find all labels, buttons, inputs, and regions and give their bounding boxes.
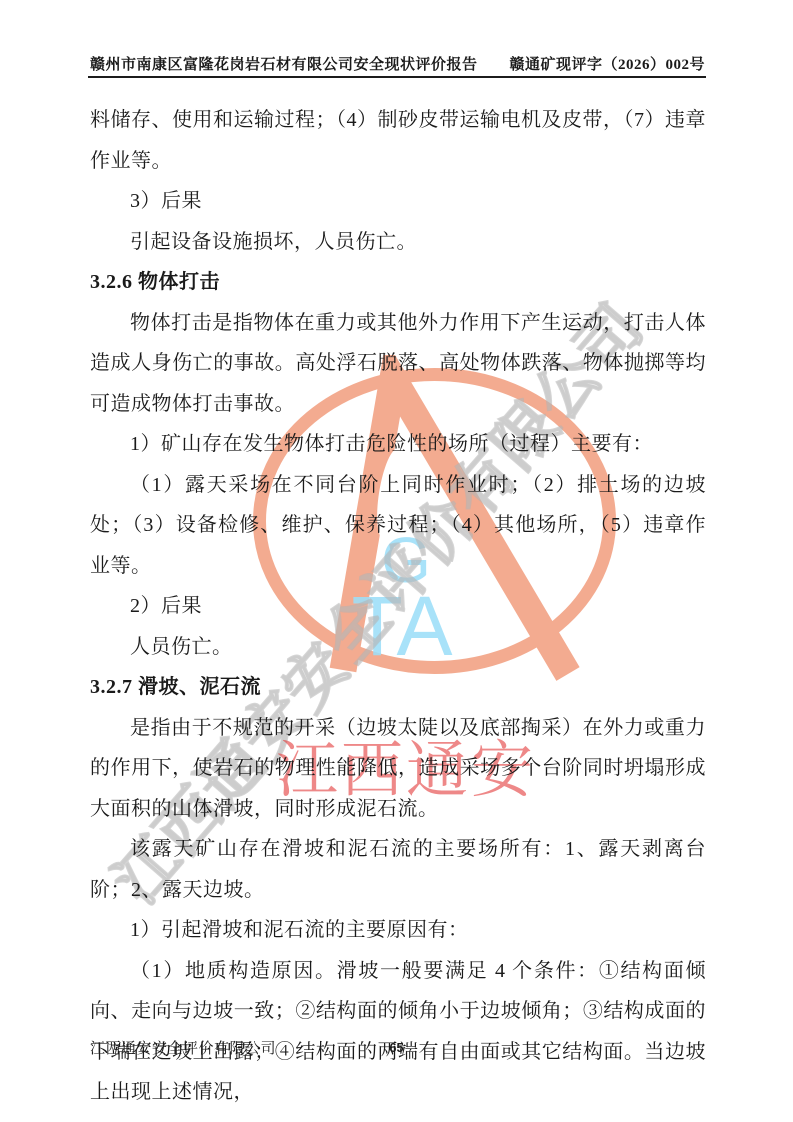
paragraph: 是指由于不规范的开采（边坡太陡以及底部掏采）在外力或重力的作用下，使岩石的物理性… — [90, 708, 706, 830]
paragraph: 3）后果 — [90, 181, 706, 222]
paragraph: 1）矿山存在发生物体打击危险性的场所（过程）主要有： — [90, 424, 706, 465]
paragraph: 引起设备设施损坏，人员伤亡。 — [90, 222, 706, 263]
paragraph: 人员伤亡。 — [90, 627, 706, 668]
page-root: G TA 江西通安安全评价有限公司 江西通安 赣州市南康区富隆花岗岩石材有限公司… — [0, 0, 793, 1122]
paragraph: 该露天矿山存在滑坡和泥石流的主要场所有：1、露天剥离台阶；2、露天边坡。 — [90, 829, 706, 910]
section-heading: 3.2.7 滑坡、泥石流 — [90, 667, 706, 708]
paragraph: 1）引起滑坡和泥石流的主要原因有： — [90, 910, 706, 951]
section-heading: 3.2.6 物体打击 — [90, 262, 706, 303]
header-rule — [88, 76, 706, 78]
paragraph: 物体打击是指物体在重力或其他外力作用下产生运动，打击人体造成人身伤亡的事故。高处… — [90, 303, 706, 425]
footer-page-number: 65 — [0, 1041, 793, 1055]
content-layer: 赣州市南康区富隆花岗岩石材有限公司安全现状评价报告 赣通矿现评字（2026）00… — [0, 0, 793, 1122]
header-right-doc-number: 赣通矿现评字（2026）002号 — [509, 53, 705, 74]
header-left-title: 赣州市南康区富隆花岗岩石材有限公司安全现状评价报告 — [90, 53, 478, 74]
paragraph: （1）露天采场在不同台阶上同时作业时；（2）排土场的边坡处；（3）设备检修、维护… — [90, 465, 706, 587]
paragraph: 2）后果 — [90, 586, 706, 627]
document-body: 料储存、使用和运输过程；（4）制砂皮带运输电机及皮带，（7）违章作业等。3）后果… — [90, 100, 706, 1113]
paragraph: 料储存、使用和运输过程；（4）制砂皮带运输电机及皮带，（7）违章作业等。 — [90, 100, 706, 181]
paragraph: （1）地质构造原因。滑坡一般要满足 4 个条件：①结构面倾向、走向与边坡一致；②… — [90, 951, 706, 1113]
